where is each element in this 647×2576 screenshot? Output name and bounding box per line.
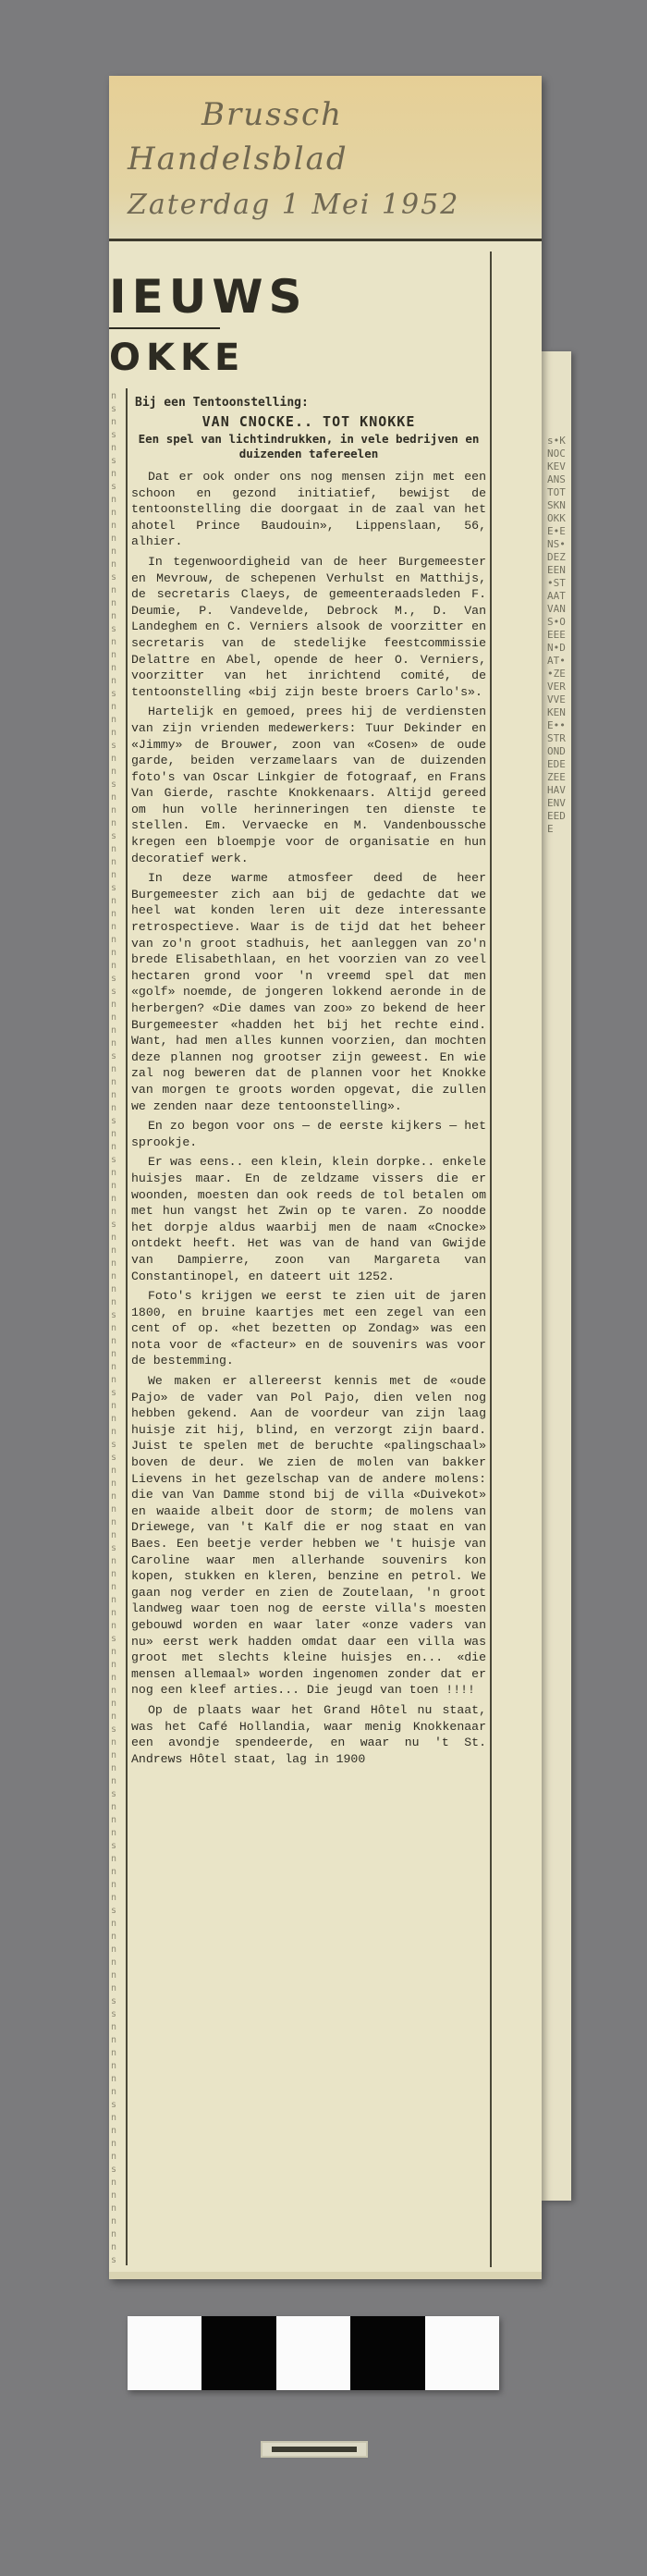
handwritten-newspaper: Handelsblad: [128, 141, 542, 178]
swatch-black: [201, 2316, 275, 2390]
paragraph: In tegenwoordigheid van de heer Burgemee…: [131, 554, 486, 700]
column-rule-left: [126, 388, 128, 2265]
article-headline: VAN CNOCKE.. TOT KNOKKE: [131, 413, 486, 430]
section-rule: [109, 327, 220, 329]
left-column-edge-text: nsnsnsnsnnnnnnsnnnsnnnnsnnnsnnsnnnsnnnsn…: [111, 390, 122, 2267]
scale-bar: [261, 2441, 368, 2458]
calibration-color-bar: [128, 2316, 499, 2390]
section-subtitle: OKKE: [109, 337, 245, 379]
paragraph: Op de plaats waar het Grand Hôtel nu sta…: [131, 1702, 486, 1767]
handwritten-city: Brussch: [201, 96, 542, 133]
column-rule-right: [490, 251, 492, 2267]
clipping-bottom-edge: [109, 2272, 542, 2279]
paragraph: En zo begon voor ons — de eerste kijkers…: [131, 1118, 486, 1150]
article-body: Dat er ook onder ons nog mensen zijn met…: [131, 469, 486, 1767]
article-kicker: Bij een Tentoonstelling:: [135, 396, 486, 410]
paragraph: Er was eens.. een klein, klein dorpke.. …: [131, 1154, 486, 1284]
swatch-white: [128, 2316, 201, 2390]
section-title: IEUWS: [109, 270, 308, 324]
scale-bar-line: [272, 2447, 357, 2452]
paragraph: In deze warme atmosfeer deed de heer Bur…: [131, 870, 486, 1114]
handwritten-date: Zaterdag 1 Mei 1952: [128, 189, 542, 221]
newspaper-clipping: Brussch Handelsblad Zaterdag 1 Mei 1952 …: [109, 76, 542, 2279]
paragraph: Hartelijk en gemoed, prees hij de verdie…: [131, 704, 486, 866]
article: Bij een Tentoonstelling: VAN CNOCKE.. TO…: [131, 396, 486, 1771]
swatch-white: [425, 2316, 499, 2390]
adjacent-column-strip: s•KNOCKEVANSTOTSKNOKKE•ENS•DEZEEN•STAATV…: [542, 351, 571, 2201]
adjacent-column-text: s•KNOCKEVANSTOTSKNOKKE•ENS•DEZEEN•STAATV…: [547, 435, 566, 2173]
paragraph: Dat er ook onder ons nog mensen zijn met…: [131, 469, 486, 550]
paragraph: We maken er allereerst kennis met de «ou…: [131, 1373, 486, 1699]
swatch-white: [276, 2316, 350, 2390]
swatch-black: [350, 2316, 424, 2390]
paragraph: Foto's krijgen we eerst te zien uit de j…: [131, 1288, 486, 1369]
article-subhead: Een spel van lichtindrukken, in vele bed…: [131, 432, 486, 461]
header-rule: [109, 239, 542, 241]
